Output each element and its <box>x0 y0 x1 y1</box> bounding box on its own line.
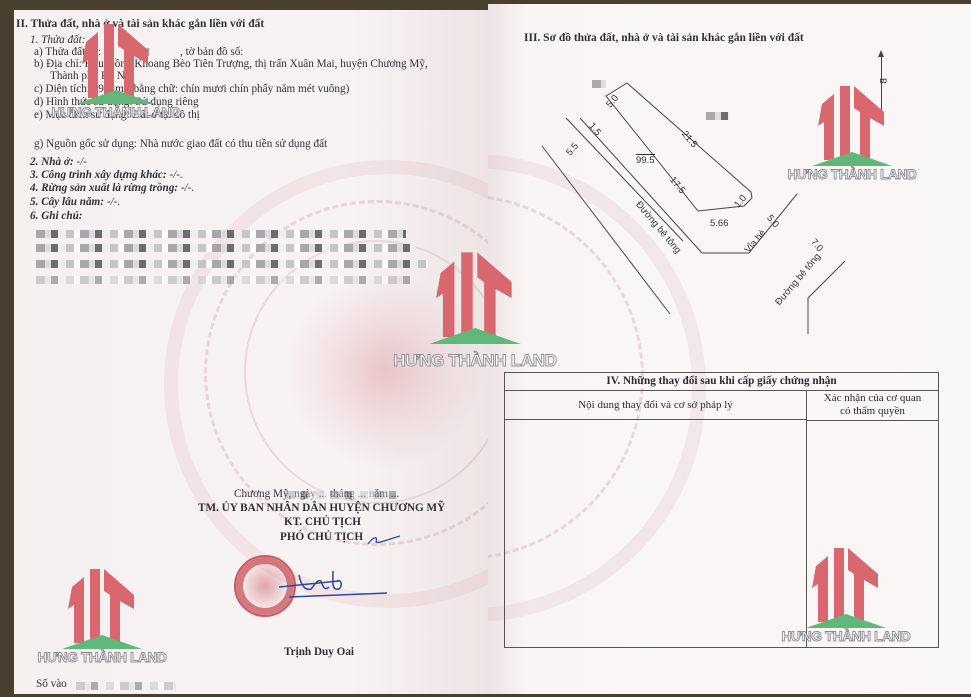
col-header-authority-line1: Xác nhận của cơ quan <box>807 392 938 405</box>
col-header-content: Nội dung thay đổi và cơ sở pháp lý <box>505 391 806 420</box>
watermark-brand: HƯNG THÀNH LAND <box>44 105 188 120</box>
watermark-logo: HƯNG THÀNH LAND <box>804 82 900 182</box>
redacted-mark <box>706 112 730 120</box>
house-item: 2. Nhà ở: -/- <box>30 156 87 169</box>
dimension-label: 5.66 <box>710 218 729 229</box>
perennial-tree-item: 5. Cây lâu năm: -/-. <box>30 196 120 209</box>
notes-item: 6. Ghi chú: <box>30 210 83 223</box>
handwritten-signature <box>269 565 399 605</box>
ht-logo-icon <box>54 565 150 651</box>
redacted-date <box>286 491 396 499</box>
watermark-brand: HƯNG THÀNH LAND <box>780 167 924 182</box>
watermark-brand: HƯNG THÀNH LAND <box>30 650 174 665</box>
watermark-logo: HƯNG THÀNH LAND <box>54 565 150 665</box>
watermark-brand: HƯNG THÀNH LAND <box>380 351 570 371</box>
redacted-notes-line <box>36 244 416 252</box>
col-header-authority-line2: có thẩm quyền <box>807 405 938 418</box>
ht-logo-icon <box>798 544 894 630</box>
initial-mark <box>366 534 406 546</box>
ht-logo-icon <box>804 82 900 168</box>
redacted-notes-line <box>36 276 416 284</box>
signer-title-2: PHÓ CHỦ TỊCH <box>280 531 363 544</box>
col-header-authority: Xác nhận của cơ quan có thẩm quyền <box>807 391 938 421</box>
parcel-area-label: 99.5 <box>636 154 655 166</box>
redacted-registry-number <box>76 682 176 690</box>
watermark-logo: HƯNG THÀNH LAND <box>798 544 894 644</box>
signer-title-1: KT. CHỦ TỊCH <box>284 516 361 529</box>
land-origin: g) Nguồn gốc sử dụng: Nhà nước giao đất … <box>34 138 327 151</box>
ht-logo-icon <box>420 245 530 349</box>
registry-label: Số vào <box>36 678 67 691</box>
certificate-right-page: III. Sơ đồ thửa đất, nhà ở và tài sản kh… <box>488 4 971 694</box>
watermark-logo-center: HƯNG THÀNH LAND <box>420 245 530 371</box>
changes-table-title: IV. Những thay đổi sau khi cấp giấy chứn… <box>505 373 938 391</box>
ht-logo-icon <box>68 20 164 106</box>
planted-forest-item: 4. Rừng sản xuất là rừng trồng: -/-. <box>30 182 194 195</box>
changes-content-column <box>505 391 807 647</box>
other-construction-item: 3. Công trình xây dựng khác: -/-. <box>30 169 183 182</box>
watermark-brand: HƯNG THÀNH LAND <box>774 629 918 644</box>
redacted-parcel-label <box>592 80 606 88</box>
redacted-notes-line <box>36 230 406 238</box>
signer-name: Trịnh Duy Oai <box>284 646 354 659</box>
issuing-org: TM. ỦY BAN NHÂN DÂN HUYỆN CHƯƠNG MỸ <box>198 502 445 515</box>
watermark-logo: HƯNG THÀNH LAND <box>68 20 164 120</box>
redacted-notes-line <box>36 260 428 268</box>
